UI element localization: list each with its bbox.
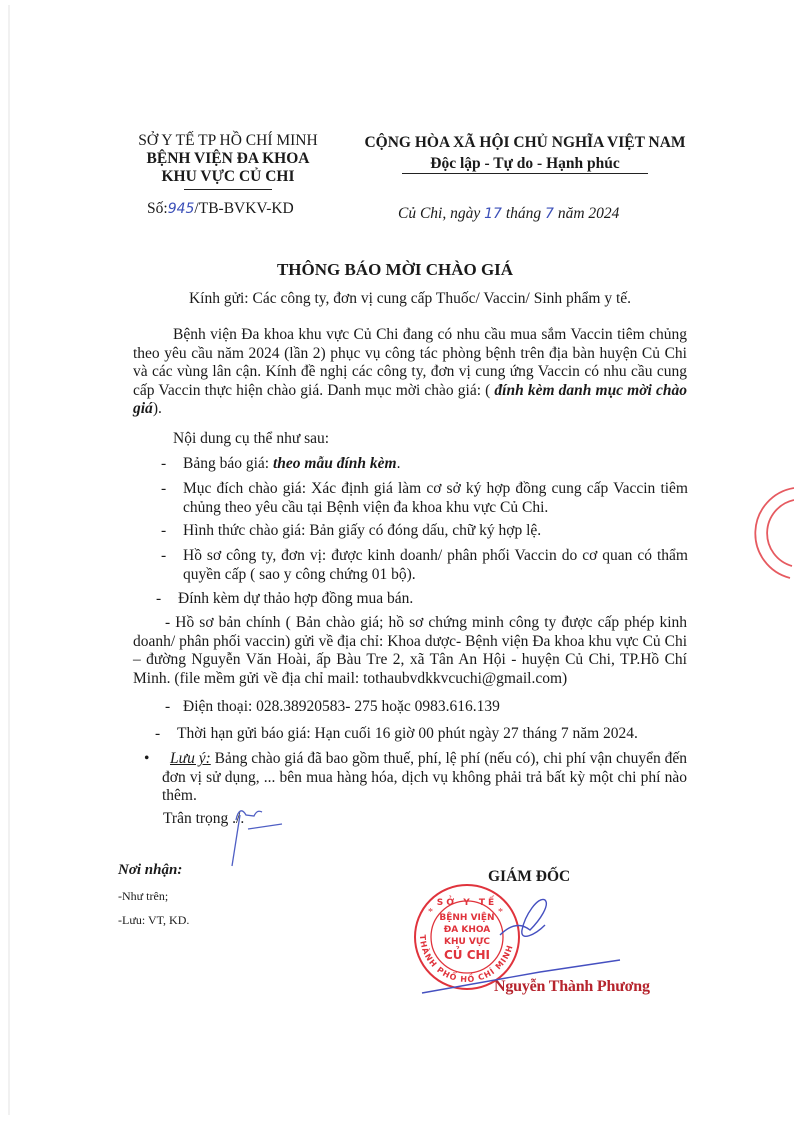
svg-text:ĐA KHOA: ĐA KHOA xyxy=(444,925,491,935)
svg-text:CỦ CHI: CỦ CHI xyxy=(444,946,490,962)
svg-text:*: * xyxy=(428,907,433,918)
svg-text:SỞ Y TẾ: SỞ Y TẾ xyxy=(437,895,497,908)
svg-text:BỆNH VIỆN: BỆNH VIỆN xyxy=(439,912,494,923)
initials-signature-icon xyxy=(232,811,282,866)
official-stamp-icon: SỞ Y TẾ BỆNH VIỆN ĐA KHOA KHU VỰC CỦ CHI… xyxy=(415,885,519,989)
signatory-name: Nguyễn Thành Phương xyxy=(494,978,650,996)
margin-stamp-icon xyxy=(755,488,794,578)
svg-text:KHU VỰC: KHU VỰC xyxy=(444,937,490,947)
svg-text:*: * xyxy=(498,907,503,918)
stamps-and-signatures: SỞ Y TẾ BỆNH VIỆN ĐA KHOA KHU VỰC CỦ CHI… xyxy=(0,0,794,1123)
